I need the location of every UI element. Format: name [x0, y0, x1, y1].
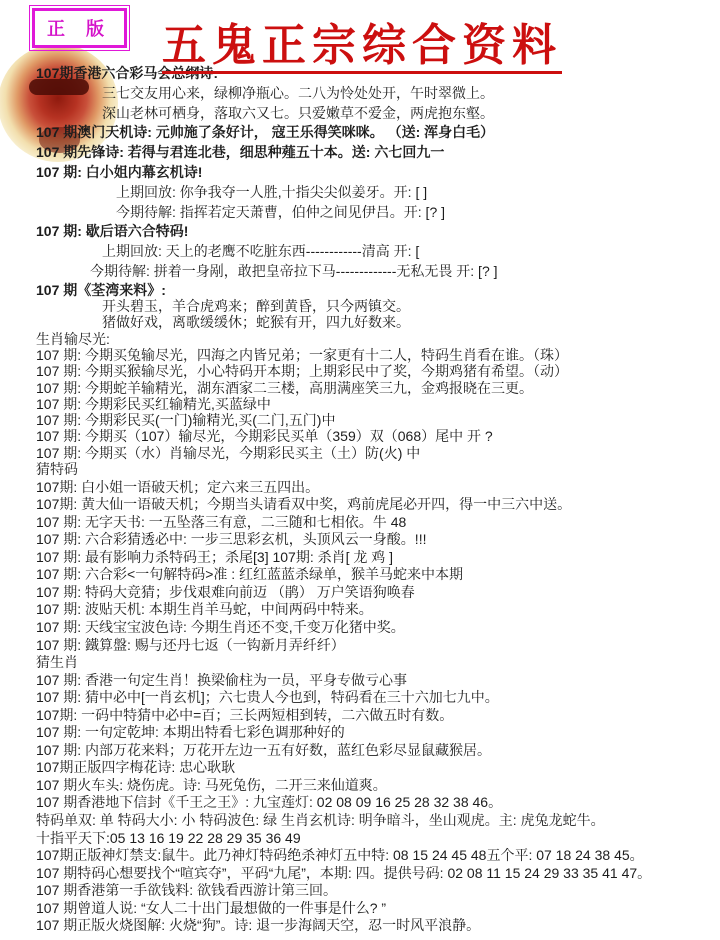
text-line: 107 期: 今期买兔输尽光，四海之内皆兄弟；一家更有十二人，特码生肖看在谁。（… [0, 347, 720, 363]
text-line: 今期待解: 指挥若定天萧曹，伯仲之间见伊吕。开: [? ] [0, 203, 720, 223]
text-line: 107 期澳门天机诗: 元帅施了条好计， 寇王乐得笑咪咪。 （送: 浑身白毛） [0, 123, 720, 143]
text-line: 107 期: 香港一句定生肖！换梁偷柱为一员，平身专做亏心事 [0, 672, 720, 690]
text-line: 107 期: 今期彩民买红输精光,买蓝绿中 [0, 396, 720, 412]
text-line: 107 期: 六合彩<一句解特码>准 : 红红蓝蓝杀绿单，猴羊马蛇来中本期 [0, 566, 720, 584]
text-line: 107 期《荃湾来料》: [0, 282, 720, 298]
text-line: 107 期香港地下信封《千王之王》: 九宝莲灯: 02 08 09 16 25 … [0, 794, 720, 812]
text-line: 生肖输尽光: [0, 331, 720, 347]
text-line: 特码单双: 单 特码大小: 小 特码波色: 绿 生肖玄机诗: 明争暗斗，坐山观虎… [0, 812, 720, 830]
text-line: 107 期: 猜中必中[一肖玄机]；六七贵人今也到，特码看在三十六加七九中。 [0, 689, 720, 707]
text-line: 107期: 黄大仙一语破天机；今期当头请看双中奖，鸡前虎尾必开四，得一中三六中送… [0, 496, 720, 514]
text-line: 107 期: 六合彩猜透必中: 一步三思彩玄机，头顶风云一身酸。!!! [0, 531, 720, 549]
text-line: 107 期特码心想要找个“喧宾夺”，平码“九尾”，本期: 四。提供号码: 02 … [0, 865, 720, 883]
text-line: 深山老林可栖身，落取六又七。只爱嫩草不爱金，两虎抱东壑。 [0, 104, 720, 124]
text-line: 107 期: 最有影响力杀特码王；杀尾[3] 107期: 杀肖[ 龙 鸡 ] [0, 549, 720, 567]
text-line: 猜生肖 [0, 654, 720, 672]
text-line: 三七交友用心来，绿柳净瓶心。二八为怜处处开，午时翠微上。 [0, 84, 720, 104]
text-line: 十指平天下:05 13 16 19 22 28 29 35 36 49 [0, 830, 720, 848]
text-line: 107 期: 天线宝宝波色诗: 今期生肖还不变,千变万化猪中奖。 [0, 619, 720, 637]
text-line: 107 期火车头: 烧伤虎。诗: 马死兔伤，二开三来仙道爽。 [0, 777, 720, 795]
text-line: 107 期: 一句定乾坤: 本期出特看七彩色调那种好的 [0, 724, 720, 742]
text-line: 上期回放: 你争我夺一人胜,十指尖尖似姜牙。开: [ ] [0, 183, 720, 203]
text-line: 107 期: 鐵算盤: 赐与还丹七返（一钩新月弄纤纤） [0, 637, 720, 655]
text-line: 107 期: 今期买（水）肖输尽光，今期彩民买主（土）防(火) 中 [0, 445, 720, 461]
text-line: 107 期: 歇后语六合特码! [0, 222, 720, 242]
page-title: 五鬼正宗综合资料 [162, 22, 562, 74]
text-line: 107 期: 内部万花来料；万花开左边一五有好数，蓝红色彩尽显鼠藏猴居。 [0, 742, 720, 760]
text-line: 107 期: 特码大竞猜；步伐艰难向前迈 （鹃） 万户笑语狗唤春 [0, 584, 720, 602]
text-line: 上期回放: 天上的老鹰不吃脏东西------------清高 开: [ [0, 242, 720, 262]
text-line: 107 期: 今期买猴输尽光，小心特码开本期；上期彩民中了奖，今期鸡猪有希望。（… [0, 363, 720, 379]
authentic-badge: 正 版 [32, 8, 127, 48]
text-line: 107期正版神灯禁支:鼠牛。此乃神灯特码绝杀神灯五中特: 08 15 24 45… [0, 847, 720, 865]
intro-poems-section: 107期香港六合彩马会总纲诗:三七交友用心来，绿柳净瓶心。二八为怜处处开，午时翠… [0, 64, 720, 282]
authentic-badge-label: 正 版 [47, 19, 112, 39]
text-line: 107 期先锋诗: 若得与君连北巷，细思种薤五十本。送: 六七回九一 [0, 143, 720, 163]
text-line: 107 期: 今期彩民买(一门)输精光,买(二门,五门)中 [0, 412, 720, 428]
text-line: 开头碧玉，羊合虎鸡来；醉到黄昏，只今两镇交。 [0, 298, 720, 314]
text-line: 107 期: 无字天书: 一五坠落三有意，二三随和七相依。牛 48 [0, 514, 720, 532]
text-line: 107 期香港第一手欲钱料: 欲钱看西游计第三回。 [0, 882, 720, 900]
text-line: 107 期: 白小姐内幕玄机诗! [0, 163, 720, 183]
text-line: 107期: 一码中特猜中必中=百；三长两短相到转，二六做五时有数。 [0, 707, 720, 725]
text-line: 猜特码 [0, 461, 720, 479]
text-line: 107 期: 波贴天机: 本期生肖羊马蛇，中间两码中特来。 [0, 601, 720, 619]
text-line: 107 期曾道人说: “女人二十出门最想做的一件事是什么? ” [0, 900, 720, 918]
text-line: 107期正版四字梅花诗: 忠心耿耿 [0, 759, 720, 777]
tips-section: 猜特码107期: 白小姐一语破天机；定六来三五四出。107期: 黄大仙一语破天机… [0, 461, 720, 935]
text-line: 今期待解: 拼着一身剐，敢把皇帝拉下马-------------无私无畏 开: … [0, 262, 720, 282]
content-body: 107期香港六合彩马会总纲诗:三七交友用心来，绿柳净瓶心。二八为怜处处开，午时翠… [0, 64, 720, 935]
text-line: 107 期正版火烧图解: 火烧“狗”。诗: 退一步海阔天空，忍一时风平浪静。 [0, 917, 720, 935]
text-line: 猪做好戏，离歌缓缓休；蛇猴有开，四九好数来。 [0, 314, 720, 330]
text-line: 107 期: 今期买（107）输尽光，今期彩民买单（359）双（068）尾中 开… [0, 428, 720, 444]
quanwan-section: 107 期《荃湾来料》:开头碧玉，羊合虎鸡来；醉到黄昏，只今两镇交。猪做好戏，离… [0, 282, 720, 461]
text-line: 107期: 白小姐一语破天机；定六来三五四出。 [0, 479, 720, 497]
text-line: 107 期: 今期蛇羊输精光，湖东酒家二三楼，高朋满座笑三九，金鸡报晓在三更。 [0, 380, 720, 396]
page: 正 版 五鬼正宗综合资料 107期香港六合彩马会总纲诗:三七交友用心来，绿柳净瓶… [0, 0, 720, 940]
